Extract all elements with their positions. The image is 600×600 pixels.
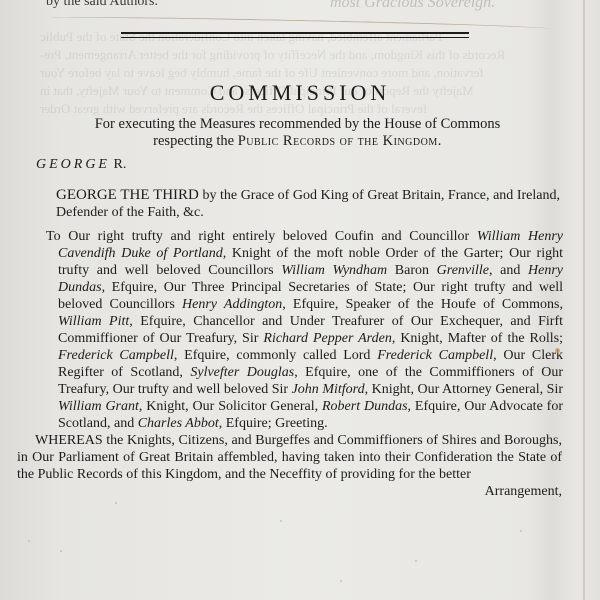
subtitle-line-2-prefix: respecting the xyxy=(153,133,238,149)
document-title: COMMISSION xyxy=(0,80,600,106)
proper-name: Frederick Campbell xyxy=(58,348,174,363)
subtitle-line-2: respecting the Public Records of the Kin… xyxy=(60,133,535,150)
proper-name: Frederick Campbell xyxy=(377,348,493,363)
paper-speck xyxy=(60,550,62,552)
page-edge xyxy=(583,0,585,600)
royal-name: GEORGE xyxy=(36,157,110,172)
royal-suffix: R. xyxy=(114,157,127,172)
paragraph-text-segment: , Knight, Mafter of the Rolls; xyxy=(392,331,563,346)
paragraph-text-segment: , Efquire; Greeting. xyxy=(219,416,328,431)
royal-signature-heading: GEORGE R. xyxy=(36,157,126,173)
paper-speck xyxy=(520,530,522,532)
paragraph-text-segment: , Knight, Our Attorney General, Sir xyxy=(365,382,563,397)
catchword: Arrangement, xyxy=(17,483,562,500)
bleed-through-text: Records of this Kingdom, and the Neceffi… xyxy=(40,46,505,63)
previous-section-text-right: most Gracious Sovereign. xyxy=(330,0,495,12)
paragraph-text-segment: , and xyxy=(489,263,528,278)
paragraph-text-segment: , Efquire, commonly called Lord xyxy=(174,348,377,363)
paper-speck xyxy=(415,560,417,562)
proper-name: Charles Abbot xyxy=(138,416,219,431)
proper-name: Henry Addington xyxy=(182,297,282,312)
paragraph-whereas-text: WHEREAS the Knights, Citizens, and Burge… xyxy=(17,433,562,482)
paragraph-royal-title-lead: GEORGE THE THIRD xyxy=(56,187,199,203)
paragraph-text-segment: To Our right trufty and right entirely b… xyxy=(46,229,477,244)
proper-name: William Pitt xyxy=(58,314,129,329)
paper-speck xyxy=(340,580,342,582)
document-subtitle: For executing the Measures recommended b… xyxy=(60,116,535,150)
paper-speck xyxy=(115,502,117,504)
paragraph-text-segment: Baron xyxy=(387,263,437,278)
proper-name: Richard Pepper Arden xyxy=(263,331,391,346)
subtitle-line-2-smallcaps: Public Records of the Kingdom. xyxy=(238,133,442,149)
paper-speck xyxy=(280,520,282,522)
paragraph-whereas: WHEREAS the Knights, Citizens, and Burge… xyxy=(17,432,562,500)
paragraph-text-segment: , Knight, Our Solicitor General, xyxy=(139,399,322,414)
double-rule-thin xyxy=(121,37,469,38)
paragraph-text-segment: , Efquire, Speaker of the Houfe of Commo… xyxy=(282,297,563,312)
document-page: Parliament affembled, having taken into … xyxy=(0,0,600,600)
proper-name: Robert Dundas xyxy=(322,399,408,414)
subtitle-line-1: For executing the Measures recommended b… xyxy=(60,116,535,133)
double-rule-thick xyxy=(121,32,469,34)
proper-name: William Wyndham xyxy=(281,263,387,278)
proper-name: Grenville xyxy=(437,263,489,278)
paragraph-royal-title: GEORGE THE THIRD by the Grace of God Kin… xyxy=(56,187,560,221)
bleed-through-text: fervation, and more convenient Ufe of th… xyxy=(40,64,484,81)
proper-name: William Grant xyxy=(58,399,139,414)
previous-section-text: by the said Authors. xyxy=(46,0,158,10)
ink-stain xyxy=(555,348,560,353)
proper-name: John Mitford xyxy=(292,382,365,397)
proper-name: Sylvefter Douglas xyxy=(190,365,294,380)
paper-speck xyxy=(28,540,30,542)
paragraph-addressees: To Our right trufty and right entirely b… xyxy=(46,228,563,432)
